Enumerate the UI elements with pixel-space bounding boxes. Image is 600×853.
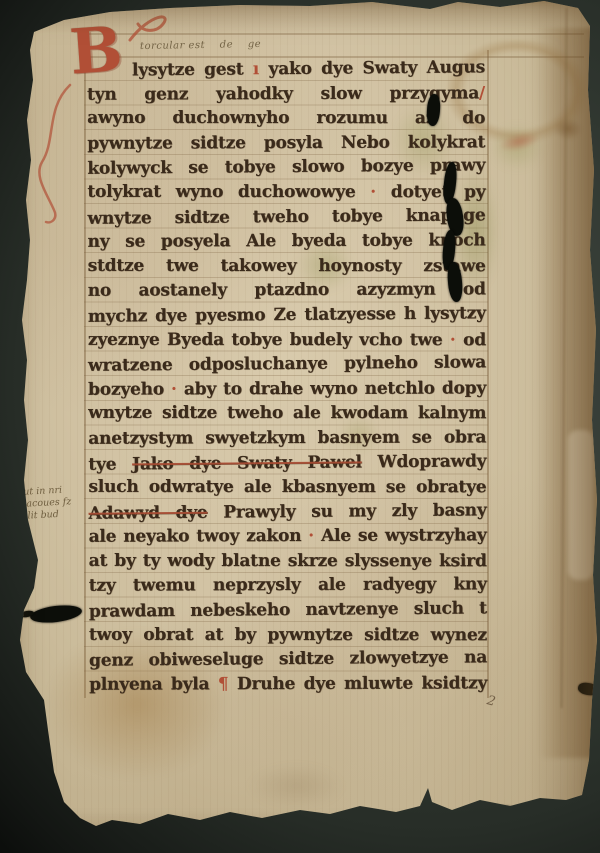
edge-notch (550, 810, 567, 837)
manuscript-line: sluch odwratye ale kbasnyem se obratye (88, 475, 486, 500)
stain-around-tear (450, 168, 500, 294)
ink-text: stdtze twe takowey hoynosty zstawe (88, 256, 486, 276)
rubric-mark: · (442, 330, 463, 350)
ink-text: anetzystym swyetzkym basnyem se obra (88, 427, 486, 448)
ruling-line-left (84, 50, 86, 698)
ink-text: od (463, 330, 486, 350)
manuscript-line: kolywyck se tobye slowo bozye prawy (87, 154, 485, 182)
manuscript-line: bozyeho · aby to drahe wyno netchlo dopy (88, 376, 486, 402)
ink-text: Prawyly su my zly basny (207, 500, 486, 522)
crease-line (561, 8, 568, 708)
ink-text: ny se posyela Ale byeda tobye knoch (87, 230, 485, 251)
ink-text: plnyena byla (89, 674, 209, 694)
manuscript-line: wratzene odposluchanye pylneho slowa (88, 350, 486, 378)
ink-text: dotyet py (391, 182, 486, 202)
parchment-slit (20, 610, 35, 618)
torn-edge-flap (568, 430, 594, 580)
ink-text: tye (88, 454, 132, 474)
margin-note-line: fabulacoues fz (2, 496, 75, 512)
rubric-mark: ¶ (209, 674, 237, 694)
ink-text: sluch odwratye ale kbasnyem se obratye (88, 477, 486, 497)
manuscript-line: plnyena byla ¶ Druhe dye mluwte ksidtzy (89, 671, 487, 697)
stain-green (490, 124, 544, 170)
rubric-mark: · (355, 182, 390, 202)
ink-text: Ale se wystrzyhay (321, 526, 487, 547)
ruling-grid (84, 80, 488, 686)
manuscript-line: wnytze sidtze tweho tobye knapoge (87, 203, 485, 231)
text-block: lysytze gest ı yako dye Swaty Augustyn g… (87, 56, 487, 697)
manuscript-line: lysytze gest ı yako dye Swaty Augus (87, 55, 485, 83)
ink-text: mychz dye pyesmo Ze tlatzyesse h lysytzy (88, 303, 486, 326)
manuscript-line: tyn genz yahodky slow przygyma/ (87, 81, 485, 107)
manuscript-line: tzy twemu neprzysly ale radyegy kny (89, 573, 487, 599)
manuscript-line: tye Jako dye Swaty Pawel Wdoprawdy (88, 449, 486, 477)
manuscript-line: genz obiweseluge sidtze zlowyetzye na (89, 646, 487, 674)
stain-green (338, 416, 380, 454)
photo-background: B torcular est de ge aredut in nrifabula… (0, 0, 600, 853)
ink-text: wnytze sidtze tweho ale kwodam kalnym (88, 403, 486, 423)
initial-flourish (0, 0, 600, 853)
ruling-line-right (487, 50, 489, 698)
top-margin-annotation: torcular est de ge (140, 39, 261, 52)
ink-text: lysytze gest (132, 59, 244, 80)
manuscript-line: stdtze twe takowey hoynosty zstawe (88, 254, 486, 279)
margin-note-line: co velit bud (2, 508, 75, 524)
parchment-tear (442, 161, 458, 204)
manuscript-line: twoy obrat at by pywnytze sidtze wynez (89, 622, 487, 647)
manuscript-line: awyno duchownyho rozumu az do (87, 106, 485, 131)
stain-green (296, 240, 354, 292)
ink-text: pywnytze sidtze posyla Nebo kolykrat (87, 132, 485, 153)
ink-text: prawdam nebeskeho navtzenye sluch t (89, 598, 487, 621)
ink-text: tyn genz yahodky slow przygyma (87, 83, 479, 104)
parchment-tear (444, 197, 465, 237)
red-pigment-smudge (497, 130, 541, 154)
manuscript-line: zyeznye Byeda tobye budely vcho twe · od (88, 327, 486, 352)
ink-text: tolykrat wyno duchowowye (87, 182, 355, 202)
ink-text: wnytze sidtze tweho tobye knapoge (87, 205, 485, 228)
ink-text: awyno duchownyho rozumu az do (87, 108, 485, 128)
rubric-mark: ı (243, 59, 268, 79)
parchment-slit (29, 603, 83, 625)
ink-text: aby to drahe wyno netchlo dopy (184, 378, 486, 399)
ink-text: bozyeho (88, 379, 164, 399)
parchment-hole (426, 94, 441, 127)
manuscript-line: ale neyako twoy zakon · Ale se wystrzyha… (89, 524, 487, 550)
parchment-tear (446, 261, 463, 302)
manuscript-line: tolykrat wyno duchowowye · dotyet py (87, 180, 485, 205)
manuscript-line: mychz dye pyesmo Ze tlatzyesse h lysytzy (88, 301, 486, 329)
left-margin-annotation: aredut in nrifabulacoues fzco velit bud (1, 484, 75, 524)
manuscript-line: pywnytze sidtze posyla Nebo kolykrat (87, 130, 485, 156)
edge-notch (577, 681, 599, 696)
ink-text: zyeznye Byeda tobye budely vcho twe (88, 329, 443, 349)
water-stain-ring (448, 40, 586, 142)
ink-text: Wdoprawdy (362, 451, 487, 472)
ink-text: twoy obrat at by pywnytze sidtze wynez (89, 624, 487, 644)
stain-right-edge (538, 28, 596, 758)
margin-note-line: aredut in nri (1, 484, 74, 500)
manuscript-line: prawdam nebeskeho navtzenye sluch t (89, 596, 487, 624)
manuscript-line: no aostanely ptazdno azyzmyn od (88, 278, 486, 304)
stain-bottom-left (46, 628, 228, 780)
ink-text: genz obiweseluge sidtze zlowyetzye na (89, 648, 487, 671)
manuscript-line: at by ty wody blatne skrze slyssenye ksi… (89, 549, 487, 574)
red-struck-text: Jako dye Swaty Pawel (132, 452, 362, 474)
ruling-line-top (84, 33, 584, 35)
manuscript-line: ny se posyela Ale byeda tobye knoch (87, 228, 485, 254)
ink-text: tzy twemu neprzysly ale radyegy kny (89, 575, 487, 596)
parchment-tear (441, 230, 456, 271)
manuscript-page: B torcular est de ge aredut in nrifabula… (0, 0, 600, 853)
manuscript-line: wnytze sidtze tweho ale kwodam kalnym (88, 401, 486, 426)
manuscript-line: anetzystym swyetzkym basnyem se obra (88, 425, 486, 451)
rubric-mark: / (479, 83, 485, 103)
rubric-mark: · (164, 379, 184, 399)
stain-green (392, 104, 454, 176)
ruling-line-top (84, 56, 584, 58)
quire-mark: 2 (485, 693, 497, 710)
ink-text: no aostanely ptazdno azyzmyn od (88, 280, 486, 301)
ink-text: kolywyck se tobye slowo bozye prawy (87, 156, 485, 179)
ink-text: at by ty wody blatne skrze slyssenye ksi… (89, 551, 487, 571)
edge-notch (495, 806, 514, 853)
ink-text: ale neyako twoy zakon (89, 526, 302, 547)
red-struck-text: Adawyd dye (88, 502, 207, 523)
ink-text: yako dye Swaty Augus (268, 57, 485, 79)
ink-text: wratzene odposluchanye pylneho slowa (88, 352, 486, 375)
ink-text: Druhe dye mluwte ksidtzy (237, 673, 487, 694)
stain-specks (554, 118, 582, 140)
stain-bottom-center (248, 764, 344, 808)
decorated-initial: B (68, 18, 125, 84)
manuscript-line: Adawyd dye Prawyly su my zly basny (88, 498, 486, 526)
rubric-mark: · (301, 526, 321, 546)
